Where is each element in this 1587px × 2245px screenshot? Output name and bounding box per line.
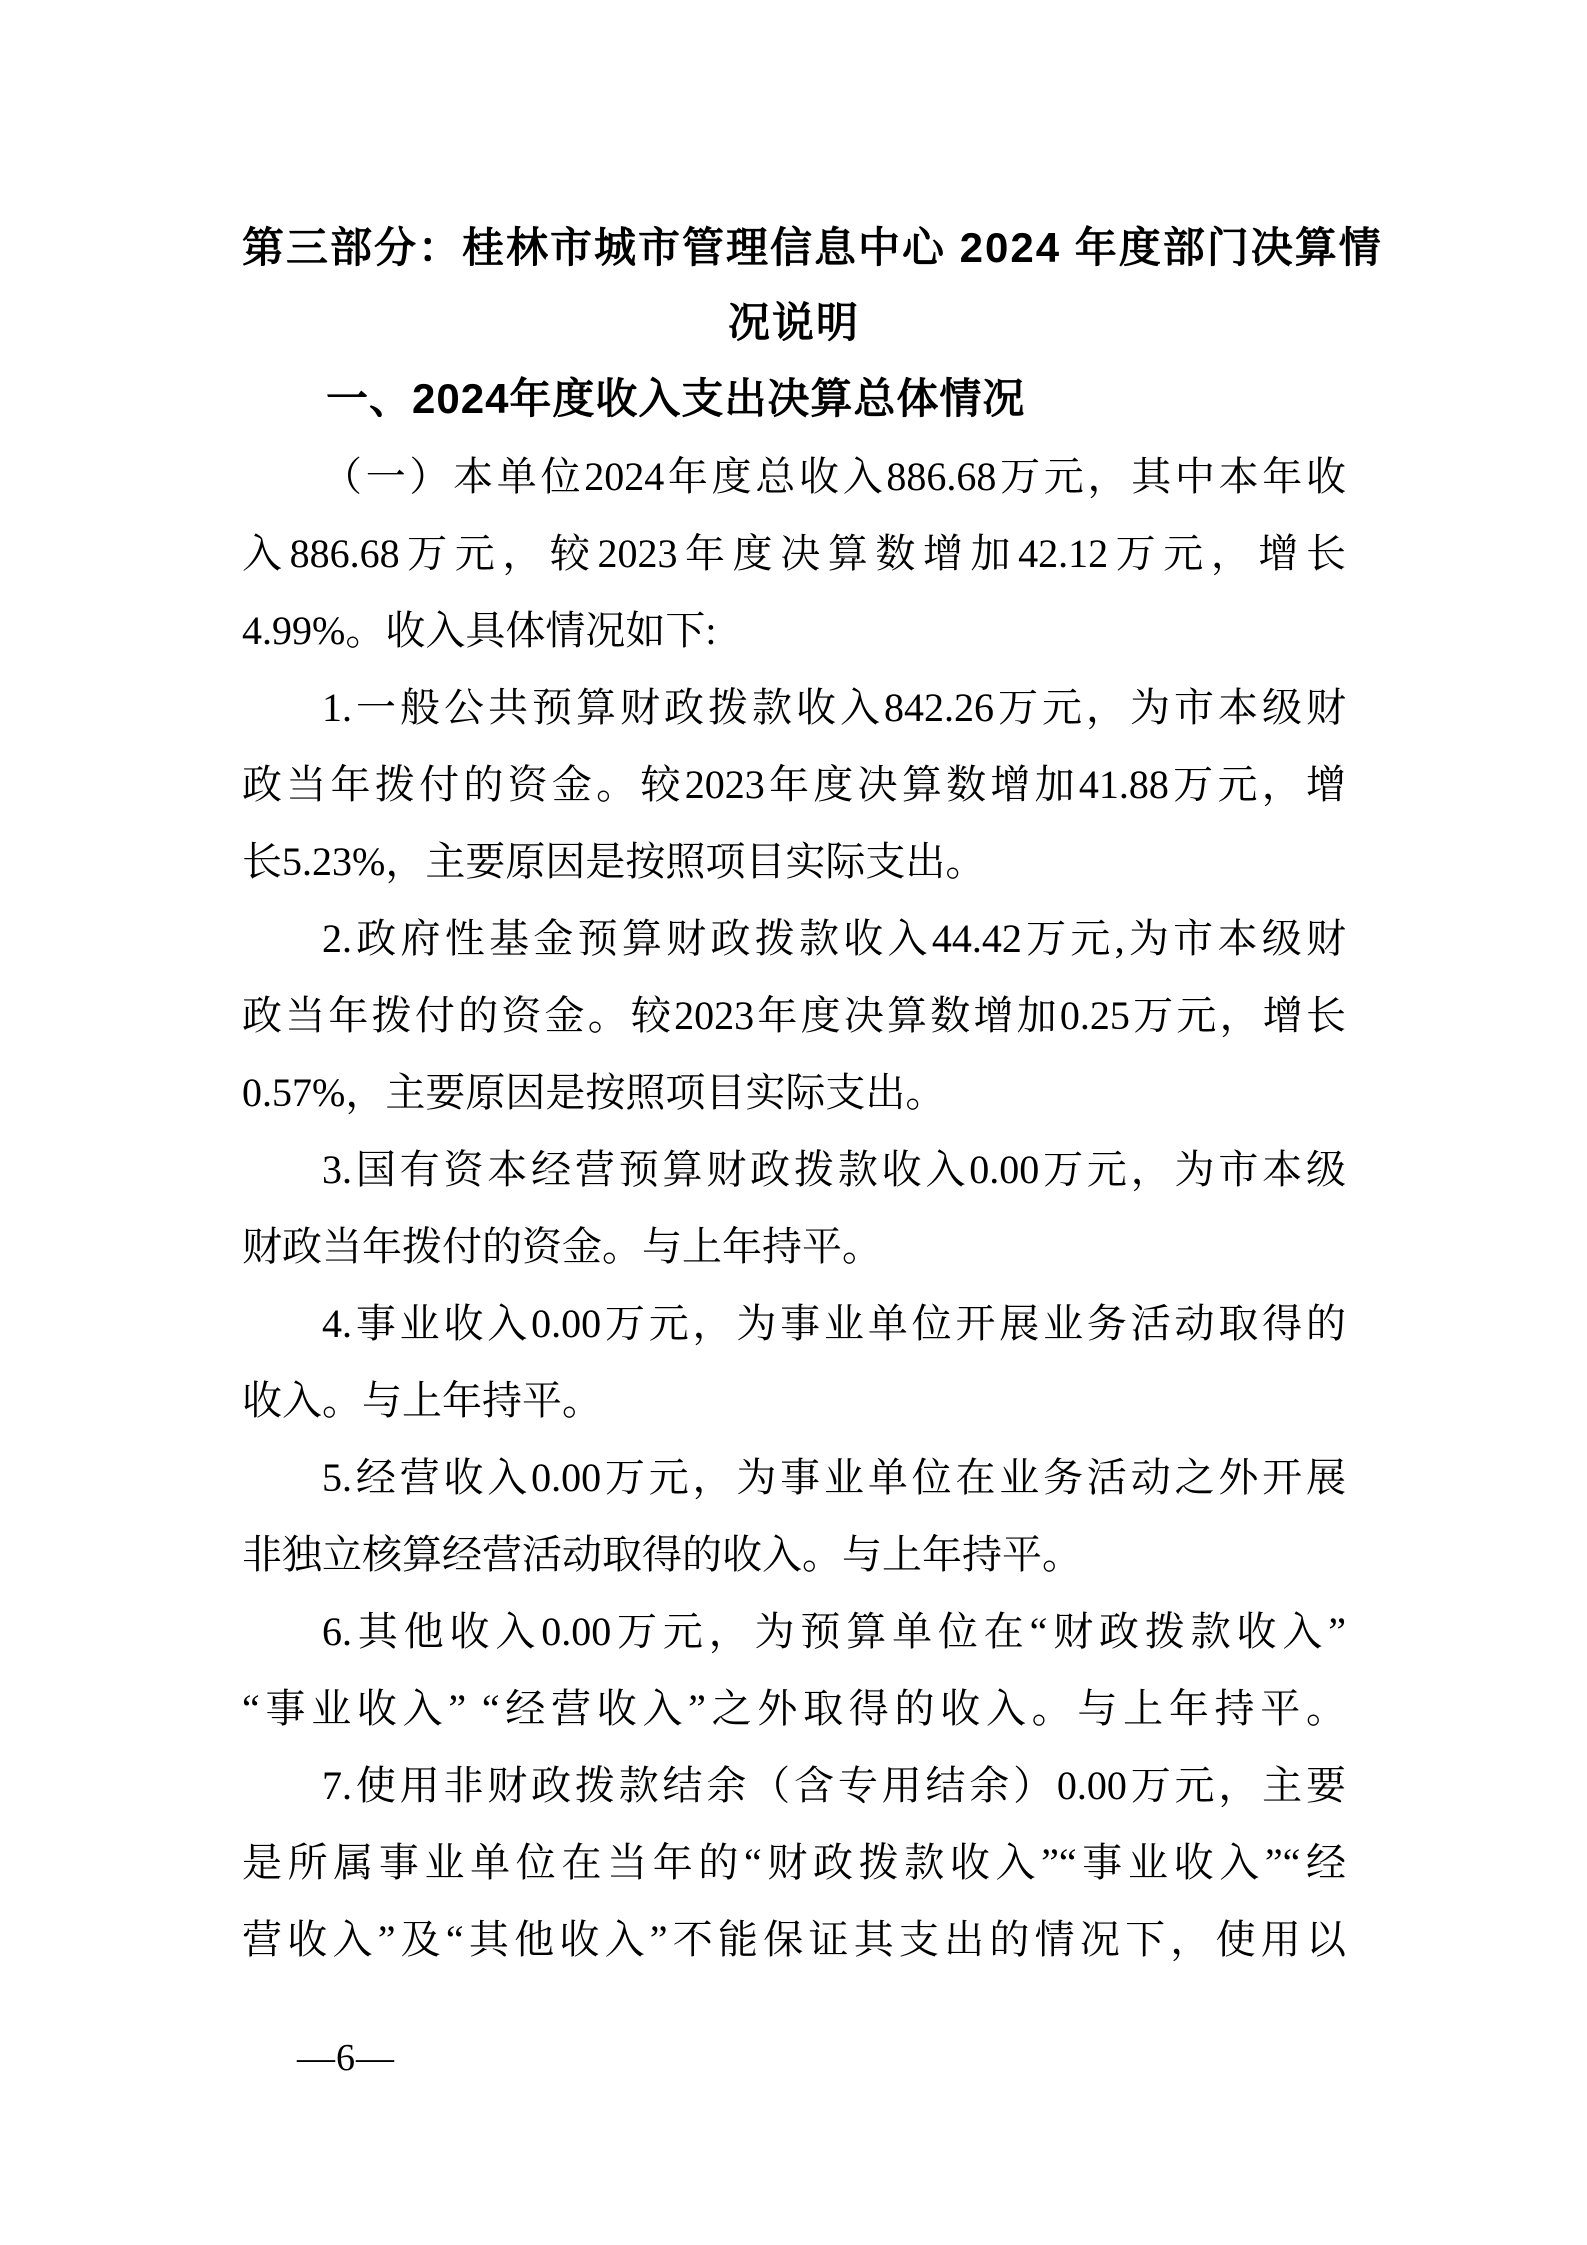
document-body: （一）本单位2024年度总收入886.68万元，其中本年收入886.68万元，较… <box>242 438 1346 1978</box>
document-title-line: 第三部分：桂林市城市管理信息中心 2024 年度部门决算情 <box>242 210 1346 285</box>
body-line: 0.57%，主要原因是按照项目实际支出。 <box>242 1054 1346 1131</box>
body-line: 2.政府性基金预算财政拨款收入44.42万元,为市本级财 <box>242 900 1346 977</box>
page-number: —6— <box>297 2033 1346 2083</box>
body-line: “事业收入” “经营收入”之外取得的收入。与上年持平。 <box>242 1670 1346 1747</box>
section-heading: 一、2024年度收入支出决算总体情况 <box>242 360 1346 438</box>
body-line: 5.经营收入0.00万元，为事业单位在业务活动之外开展 <box>242 1439 1346 1516</box>
body-line: （一）本单位2024年度总收入886.68万元，其中本年收 <box>242 438 1346 515</box>
document-title: 第三部分：桂林市城市管理信息中心 2024 年度部门决算情况说明 <box>242 210 1346 360</box>
body-line: 收入。与上年持平。 <box>242 1362 1346 1439</box>
body-line: 1.一般公共预算财政拨款收入842.26万元，为市本级财 <box>242 669 1346 746</box>
body-line: 4.事业收入0.00万元，为事业单位开展业务活动取得的 <box>242 1285 1346 1362</box>
body-line: 6.其他收入0.00万元，为预算单位在“财政拨款收入” <box>242 1593 1346 1670</box>
body-line: 是所属事业单位在当年的“财政拨款收入”“事业收入”“经 <box>242 1824 1346 1901</box>
body-line: 长5.23%，主要原因是按照项目实际支出。 <box>242 823 1346 900</box>
document-page: 第三部分：桂林市城市管理信息中心 2024 年度部门决算情况说明 一、2024年… <box>0 0 1587 2245</box>
body-line: 7.使用非财政拨款结余（含专用结余）0.00万元，主要 <box>242 1747 1346 1824</box>
body-line: 营收入”及“其他收入”不能保证其支出的情况下，使用以 <box>242 1901 1346 1978</box>
body-line: 3.国有资本经营预算财政拨款收入0.00万元，为市本级 <box>242 1131 1346 1208</box>
body-line: 财政当年拨付的资金。与上年持平。 <box>242 1208 1346 1285</box>
document-content: 第三部分：桂林市城市管理信息中心 2024 年度部门决算情况说明 一、2024年… <box>242 0 1346 2083</box>
body-line: 4.99%。收入具体情况如下: <box>242 592 1346 669</box>
body-line: 入886.68万元，较2023年度决算数增加42.12万元，增长 <box>242 515 1346 592</box>
body-line: 非独立核算经营活动取得的收入。与上年持平。 <box>242 1516 1346 1593</box>
body-line: 政当年拨付的资金。较2023年度决算数增加41.88万元，增 <box>242 746 1346 823</box>
body-line: 政当年拨付的资金。较2023年度决算数增加0.25万元，增长 <box>242 977 1346 1054</box>
document-title-line: 况说明 <box>242 285 1346 360</box>
